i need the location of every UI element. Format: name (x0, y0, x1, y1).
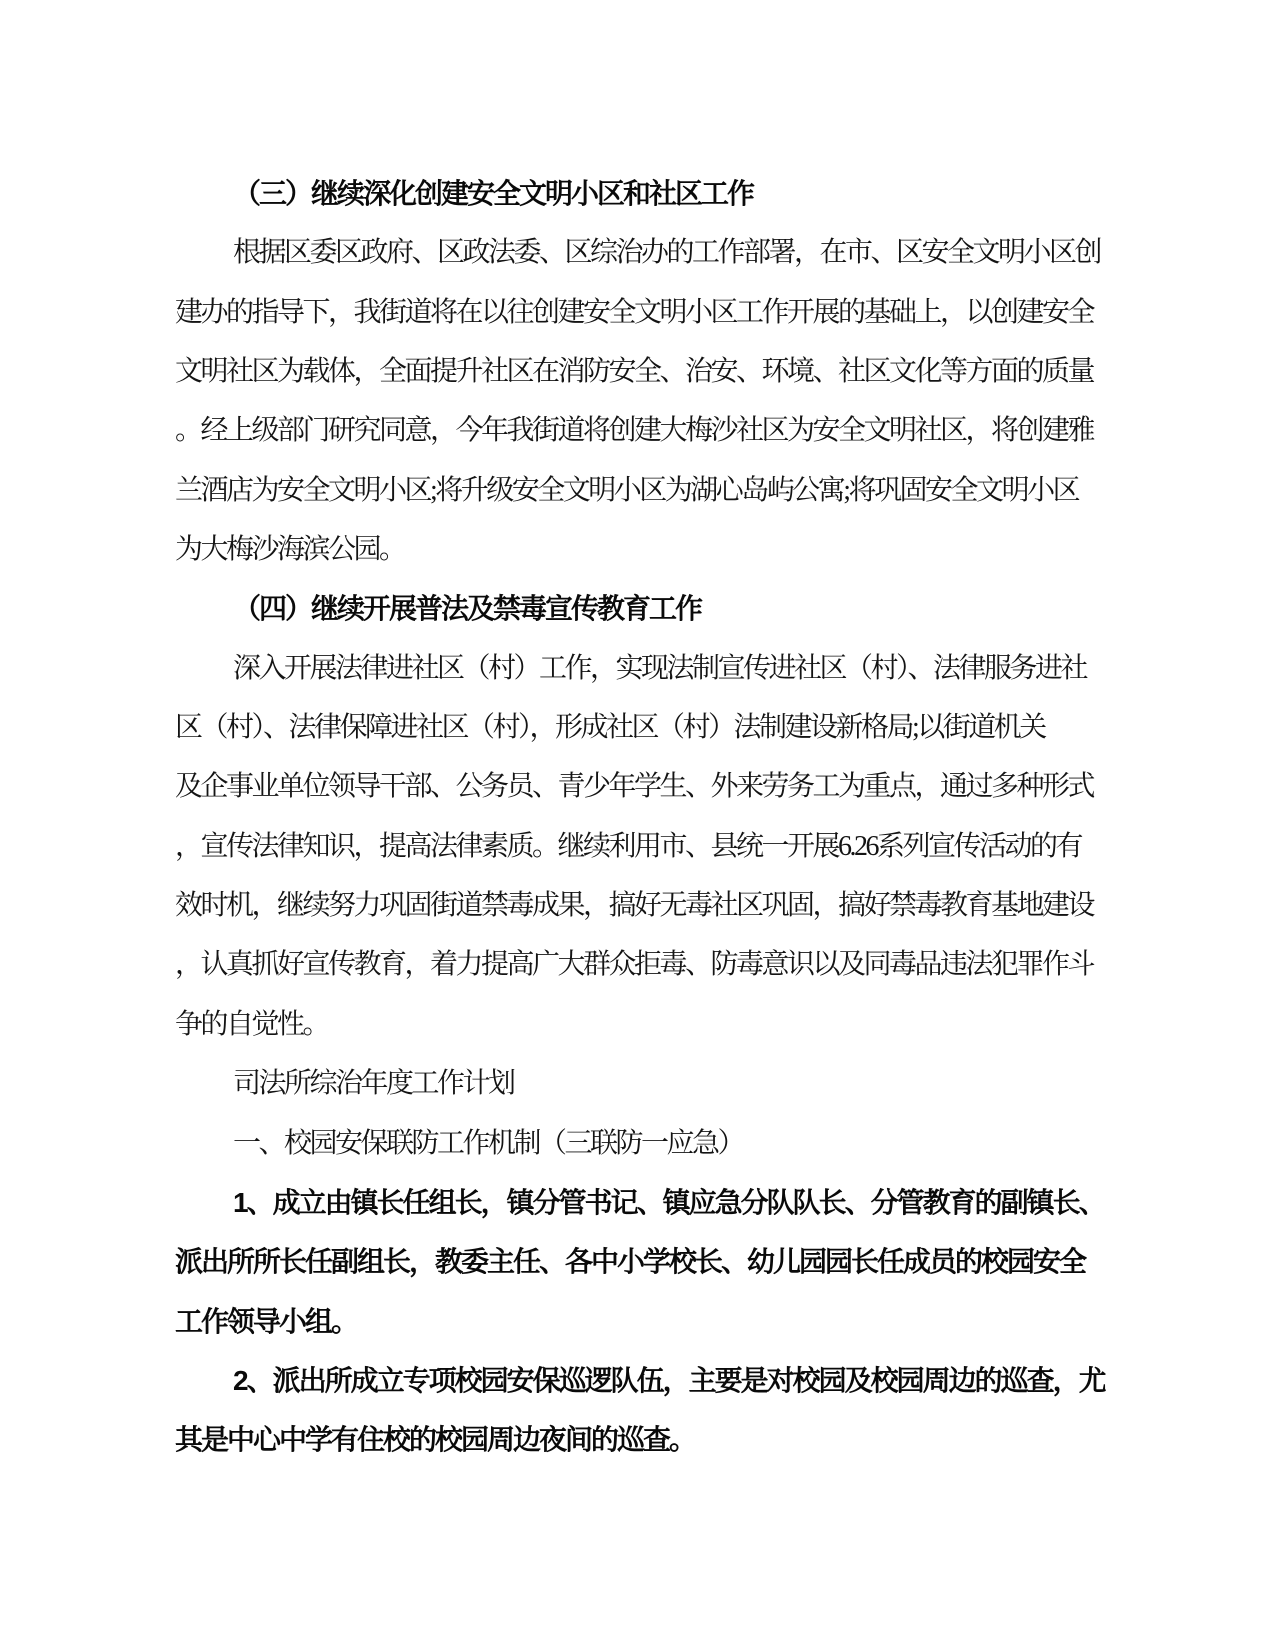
document-line: ，宣传法律知识，提高法律素质。继续利用市、县统一开展6.26系列宣传活动的有 (175, 830, 1115, 889)
document-line: 兰酒店为安全文明小区;将升级安全文明小区为湖心岛屿公寓;将巩固安全文明小区 (175, 474, 1115, 533)
document-line: 深入开展法律进社区（村）工作，实现法制宣传进社区（村）、法律服务进社 (175, 652, 1115, 711)
section-heading: （三）继续深化创建安全文明小区和社区工作 (175, 177, 1115, 236)
document-line: 根据区委区政府、区政法委、区综治办的工作部署，在市、区安全文明小区创 (175, 236, 1115, 295)
document-line: 为大梅沙海滨公园。 (175, 533, 1115, 592)
document-line: 2、派出所成立专项校园安保巡逻队伍，主要是对校园及校园周边的巡查，尤 (175, 1364, 1115, 1423)
section-heading: （四）继续开展普法及禁毒宣传教育工作 (175, 592, 1115, 651)
document-line: 工作领导小组。 (175, 1305, 1115, 1364)
document-text-block: （三）继续深化创建安全文明小区和社区工作根据区委区政府、区政法委、区综治办的工作… (175, 177, 1115, 1483)
document-line: 及企事业单位领导干部、公务员、青少年学生、外来劳务工为重点，通过多种形式 (175, 770, 1115, 829)
document-line: 司法所综治年度工作计划 (175, 1067, 1115, 1126)
document-line: 1、成立由镇长任组长，镇分管书记、镇应急分队队长、分管教育的副镇长、 (175, 1186, 1115, 1245)
document-line: 文明社区为载体，全面提升社区在消防安全、治安、环境、社区文化等方面的质量 (175, 355, 1115, 414)
document-line: 其是中心中学有住校的校园周边夜间的巡查。 (175, 1423, 1115, 1482)
document-line: ，认真抓好宣传教育，着力提高广大群众拒毒、防毒意识以及同毒品违法犯罪作斗 (175, 948, 1115, 1007)
document-page: （三）继续深化创建安全文明小区和社区工作根据区委区政府、区政法委、区综治办的工作… (0, 0, 1275, 1650)
document-line: 争的自觉性。 (175, 1008, 1115, 1067)
document-line: 效时机，继续努力巩固街道禁毒成果，搞好无毒社区巩固，搞好禁毒教育基地建设 (175, 889, 1115, 948)
document-line: 。经上级部门研究同意，今年我街道将创建大梅沙社区为安全文明社区，将创建雅 (175, 414, 1115, 473)
document-line: 一、校园安保联防工作机制（三联防一应急） (175, 1127, 1115, 1186)
document-line: 派出所所长任副组长，教委主任、各中小学校长、幼儿园园长任成员的校园安全 (175, 1245, 1115, 1304)
document-line: 区（村）、法律保障进社区（村），形成社区（村）法制建设新格局;以街道机关 (175, 711, 1115, 770)
document-line: 建办的指导下，我街道将在以往创建安全文明小区工作开展的基础上，以创建安全 (175, 296, 1115, 355)
